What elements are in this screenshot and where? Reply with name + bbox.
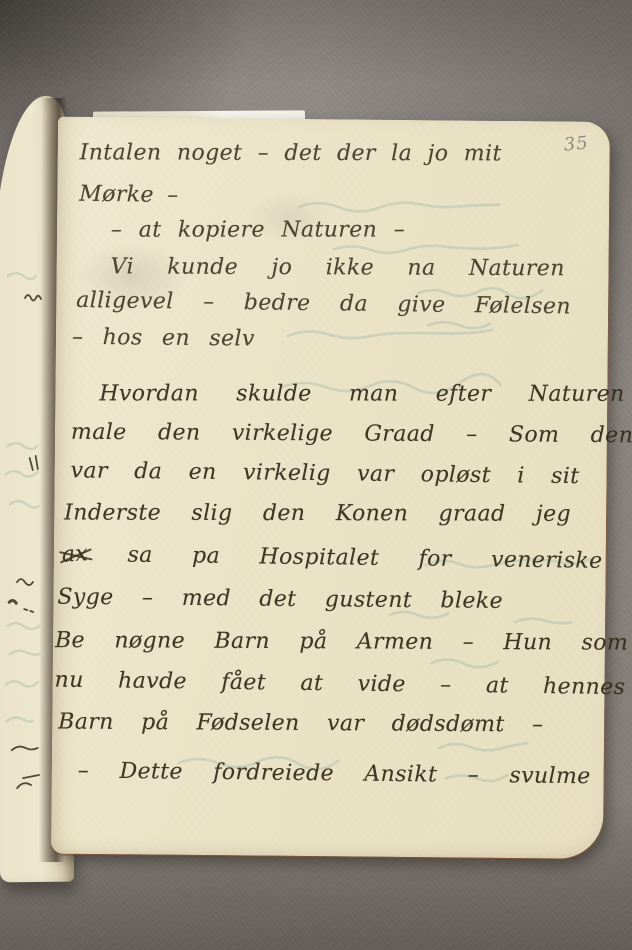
handwriting-line: Inderste slig den Konen graad jeg [64,500,571,526]
handwriting-line: – Dette fordreiede Ansikt – svulme [78,758,591,789]
handwriting-line: Be nøgne Barn på Armen – Hun som [55,628,628,656]
notebook-photo: 35 Intalen noget – det der la jo mit Mør… [0,0,632,950]
handwriting-line: nu havde fået at vide – at hennes [54,668,625,700]
page-number: 35 [563,132,590,155]
handwriting-line: – hos en selv [72,325,255,352]
handwriting-line: male den virkelige Graad – Som den [71,420,632,448]
handwriting-line: Intalen noget – det der la jo mit [80,140,502,166]
handwriting-line: – at kopiere Naturen – [111,217,405,242]
notebook-page: 35 Intalen noget – det der la jo mit Mør… [51,117,610,859]
handwriting-line: ax sa pa Hospitalet for veneriske [62,542,603,574]
handwriting-line: Mørke – [79,182,179,208]
handwriting-line: Syge – med det gustent bleke [57,585,503,614]
handwriting-line: alligevel – bedre da give Følelsen [76,288,571,319]
handwriting-line: Hvordan skulde man efter Naturen [99,381,624,406]
handwriting-line: Barn på Fødselen var dødsdømt – [58,709,543,737]
handwriting-line: Vi kunde jo ikke na Naturen [111,254,565,281]
crossed-out-word: ax [61,541,89,567]
line-text: sa pa Hospitalet for veneriske [127,543,602,574]
handwriting-line: var da en virkelig var opløst i sit [70,458,579,489]
